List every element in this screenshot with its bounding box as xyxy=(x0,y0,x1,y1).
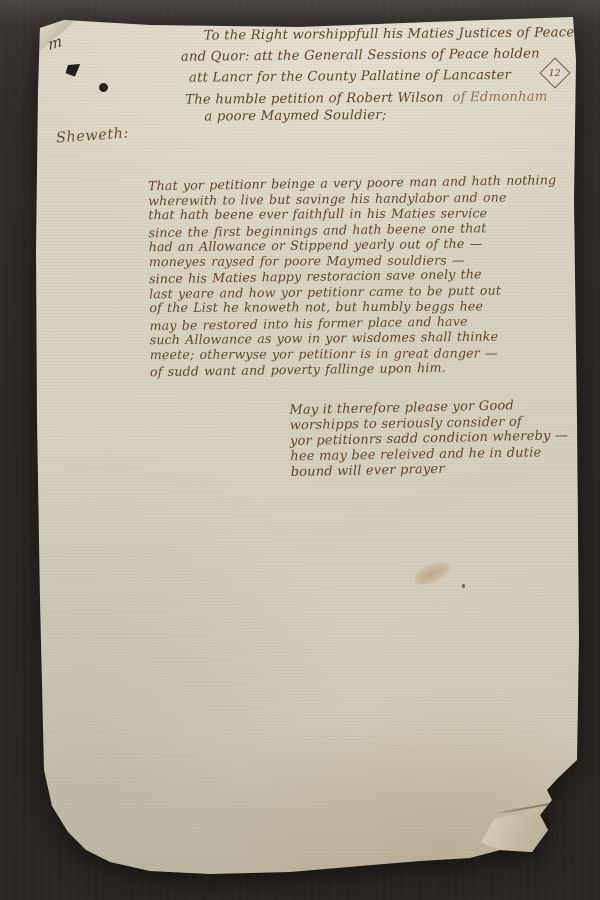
petition-title: The humble petition of Robert Wilson xyxy=(185,90,444,107)
heading-line: The humble petition of Robert Wilson of … xyxy=(178,88,578,109)
petition-prayer: May it therefore please yor Good worship… xyxy=(289,397,581,481)
ink-stain xyxy=(411,557,455,590)
petitioner-place: of Edmonham xyxy=(452,90,547,106)
folded-corner-bottom-right xyxy=(481,789,581,865)
marginal-note: Sheweth: xyxy=(56,125,130,146)
page-number: 12 xyxy=(549,68,561,79)
manuscript-paper: m To the Right worshippfull his Maties J… xyxy=(28,16,580,878)
heading-line: a poore Maymed Souldier; xyxy=(178,106,578,125)
petition-heading: To the Right worshippfull his Maties Jus… xyxy=(178,22,579,125)
paper-shadow-wrap: m To the Right worshippfull his Maties J… xyxy=(0,0,600,900)
petition-body: That yor petitionr beinge a very poore m… xyxy=(148,173,582,379)
heading-line: and Quor: att the Generall Sessions of P… xyxy=(178,43,578,67)
corner-ink-mark: m xyxy=(47,32,62,55)
heading-line: att Lancr for the County Pallatine of La… xyxy=(178,64,578,88)
ink-speck xyxy=(462,584,465,588)
photo-backdrop: m To the Right worshippfull his Maties J… xyxy=(0,0,600,900)
paper-hole xyxy=(99,83,108,92)
paper-hole xyxy=(65,62,81,78)
